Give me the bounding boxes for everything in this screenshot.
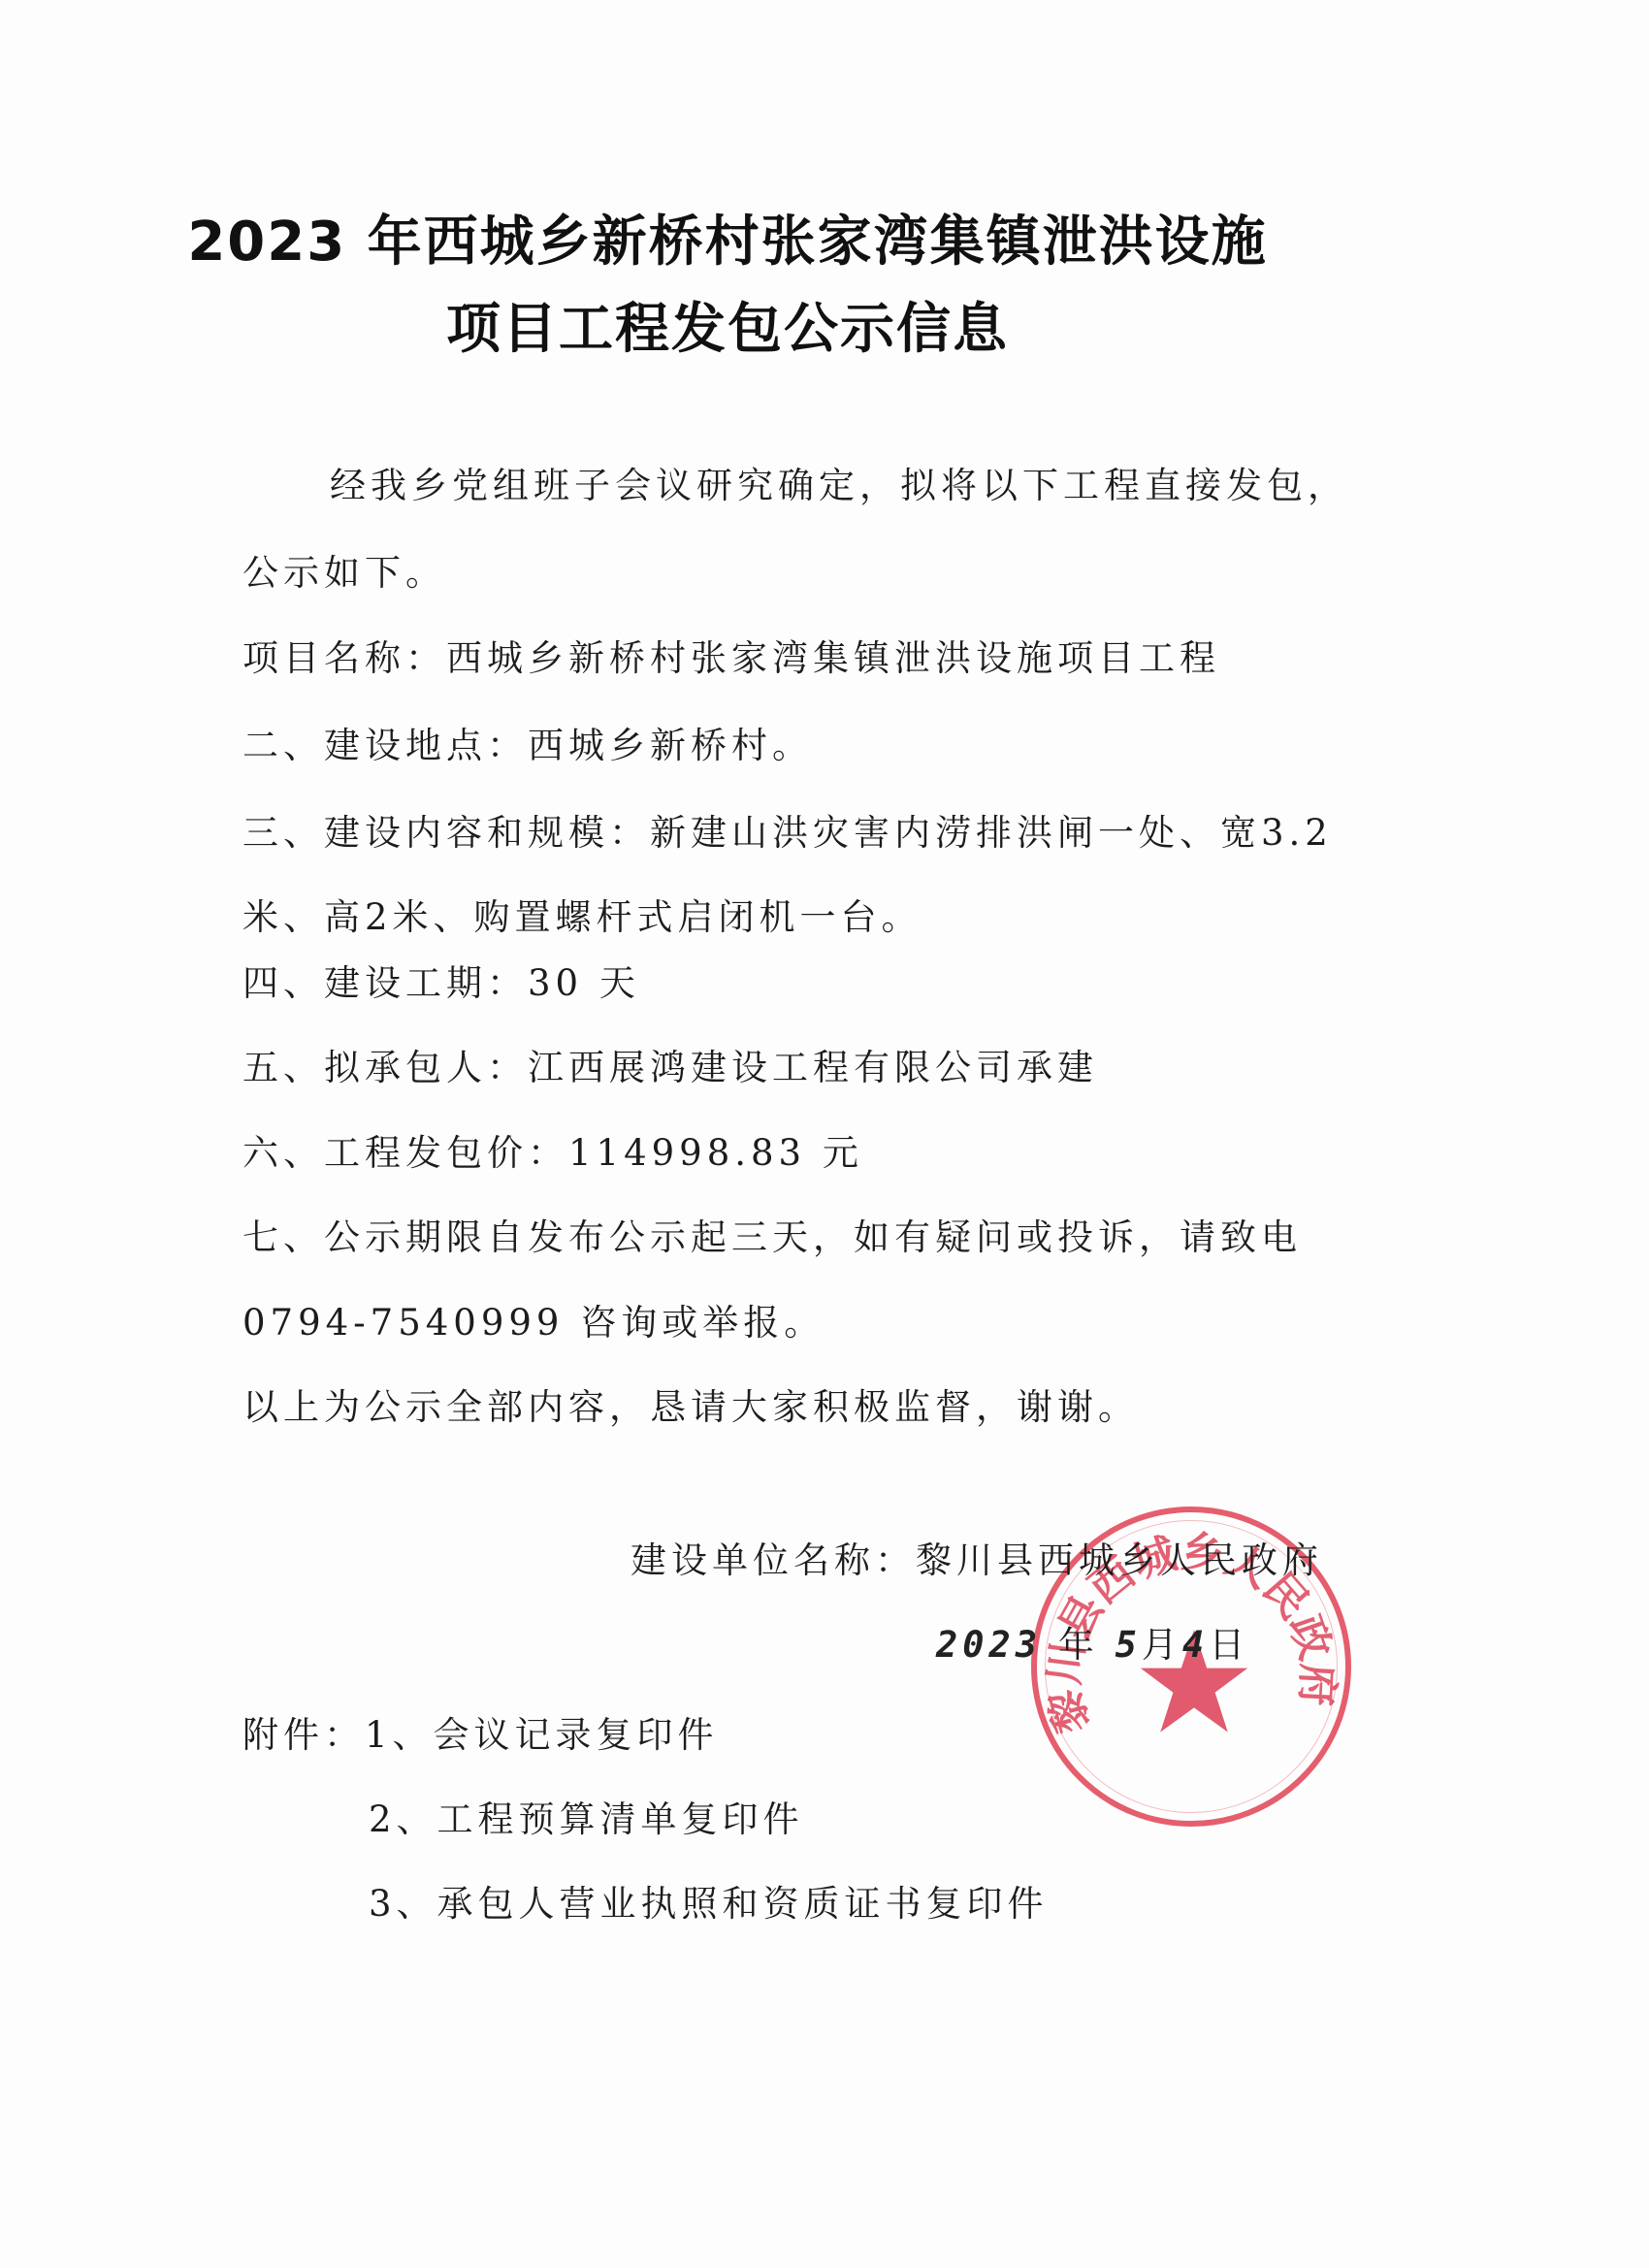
item-value: 公示期限自发布公示起三天，如有疑问或投诉，请致电 — [324, 1216, 1302, 1258]
intro-line-1: 经我乡党组班子会议研究确定，拟将以下工程直接发包， — [330, 456, 1348, 508]
signature-date: 2023 年 5月4日 — [936, 1615, 1249, 1668]
item-label: 三、建设内容和规模： — [242, 812, 650, 854]
closing-statement: 以上为公示全部内容，恳请大家积极监督，谢谢。 — [242, 1377, 1139, 1430]
date-day-suffix: 日 — [1209, 1624, 1249, 1666]
item-content-scale: 三、建设内容和规模：新建山洪灾害内涝排洪闸一处、宽3.2 — [242, 803, 1333, 856]
item-contract-price: 六、工程发包价：114998.83 元 — [242, 1123, 863, 1176]
item-value: 西城乡新桥村。 — [528, 725, 813, 766]
item-location: 二、建设地点：西城乡新桥村。 — [242, 716, 813, 768]
item-notice-period-continuation: 0794-7540999 咨询或举报。 — [242, 1293, 824, 1345]
item-value: 西城乡新桥村张家湾集镇泄洪设施项目工程 — [446, 637, 1220, 679]
item-label: 项目名称： — [242, 637, 446, 679]
item-value: 30 天 — [528, 962, 640, 1004]
date-year-suffix: 年 — [1058, 1624, 1099, 1666]
item-duration: 四、建设工期：30 天 — [242, 954, 640, 1006]
date-year: 2023 — [936, 1624, 1042, 1666]
item-label: 六、工程发包价： — [242, 1132, 568, 1174]
attachment-3: 3、承包人营业执照和资质证书复印件 — [369, 1874, 1049, 1927]
intro-line-2: 公示如下。 — [242, 543, 446, 596]
item-value: 114998.83 元 — [568, 1132, 863, 1174]
item-label: 七、 — [242, 1216, 324, 1258]
item-project-name: 项目名称：西城乡新桥村张家湾集镇泄洪设施项目工程 — [242, 629, 1220, 681]
attachment-1: 附件：1、会议记录复印件 — [242, 1705, 719, 1758]
date-month: 5 — [1115, 1624, 1142, 1666]
org-label: 建设单位名称： — [630, 1539, 916, 1581]
attachment-2: 2、工程预算清单复印件 — [369, 1790, 804, 1842]
item-label: 二、建设地点： — [242, 725, 528, 766]
item-content-scale-continuation: 米、高2米、购置螺杆式启闭机一台。 — [242, 888, 922, 940]
date-day: 4 — [1182, 1624, 1209, 1666]
item-contractor: 五、拟承包人：江西展鸿建设工程有限公司承建 — [242, 1038, 1098, 1090]
item-label: 四、建设工期： — [242, 962, 528, 1004]
item-notice-period: 七、公示期限自发布公示起三天，如有疑问或投诉，请致电 — [242, 1208, 1302, 1260]
signature-org: 建设单位名称：黎川县西城乡人民政府 — [630, 1531, 1323, 1583]
item-value: 江西展鸿建设工程有限公司承建 — [528, 1047, 1098, 1088]
item-value: 新建山洪灾害内涝排洪闸一处、宽3.2 — [650, 812, 1333, 854]
attachments-label: 附件： — [242, 1714, 365, 1756]
document-page: 2023 年西城乡新桥村张家湾集镇泄洪设施 项目工程发包公示信息 经我乡党组班子… — [0, 0, 1649, 2268]
org-name: 黎川县西城乡人民政府 — [916, 1539, 1323, 1581]
date-month-suffix: 月 — [1142, 1624, 1182, 1666]
attachment-item: 1、会议记录复印件 — [365, 1714, 719, 1756]
title-line-1: 2023 年西城乡新桥村张家湾集镇泄洪设施 — [0, 199, 1552, 276]
item-label: 五、拟承包人： — [242, 1047, 528, 1088]
title-line-2: 项目工程发包公示信息 — [0, 286, 1552, 364]
